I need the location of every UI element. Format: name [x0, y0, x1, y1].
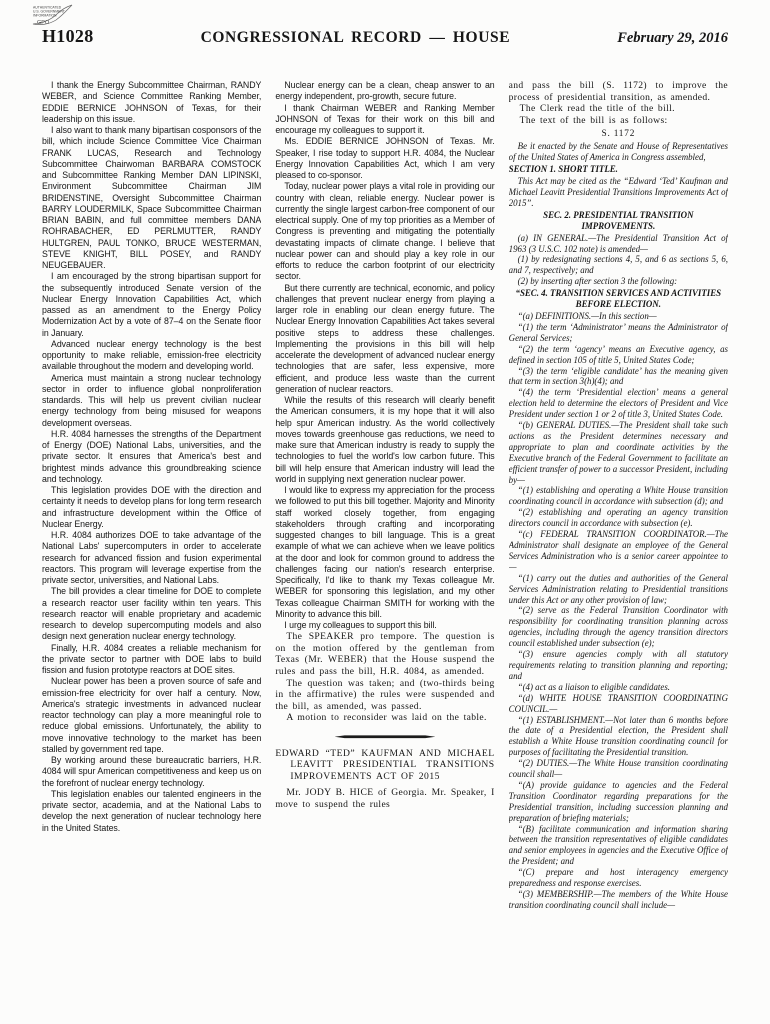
column-2: Nuclear energy can be a clean, cheap ans…	[275, 80, 494, 1018]
paragraph: I would like to express my appreciation …	[275, 485, 494, 620]
congressional-record-page: AUTHENTICATED U.S. GOVERNMENT INFORMATIO…	[0, 0, 770, 1024]
paragraph: Advanced nuclear energy technology is th…	[42, 339, 261, 373]
paragraph: “(1) ESTABLISHMENT.—Not later than 6 mon…	[509, 715, 728, 759]
paragraph: “(4) the term ‘Presidential election’ me…	[509, 387, 728, 420]
paragraph: Mr. JODY B. HICE of Georgia. Mr. Speaker…	[275, 787, 494, 810]
paragraph: (2) by inserting after section 3 the fol…	[509, 276, 728, 287]
paragraph: “(1) carry out the duties and authoritie…	[509, 573, 728, 606]
paragraph: “(1) establishing and operating a White …	[509, 485, 728, 507]
paragraph: America must maintain a strong nuclear t…	[42, 373, 261, 429]
paragraph: (1) by redesignating sections 4, 5, and …	[509, 254, 728, 276]
paragraph: Today, nuclear power plays a vital role …	[275, 181, 494, 282]
paragraph: “(2) establishing and operating an agenc…	[509, 507, 728, 529]
paragraph: (a) IN GENERAL.—The Presidential Transit…	[509, 233, 728, 255]
paragraph: “(c) FEDERAL TRANSITION COORDINATOR.—The…	[509, 529, 728, 573]
paragraph: “(2) the term ‘agency’ means an Executiv…	[509, 344, 728, 366]
paragraph: The bill provides a clear timeline for D…	[42, 586, 261, 642]
paragraph: “(a) DEFINITIONS.—In this section—	[509, 311, 728, 322]
column-1: I thank the Energy Subcommittee Chairman…	[42, 80, 261, 1018]
paragraph: This legislation provides DOE with the d…	[42, 485, 261, 530]
paragraph: The question was taken; and (two-thirds …	[275, 678, 494, 713]
paragraph: This Act may be cited as the “Edward ‘Te…	[509, 176, 728, 209]
paragraph: By working around these bureaucratic bar…	[42, 755, 261, 789]
paragraph: Nuclear energy can be a clean, cheap ans…	[275, 80, 494, 103]
paragraph: “(b) GENERAL DUTIES.—The President shall…	[509, 420, 728, 485]
paragraph: Finally, H.R. 4084 creates a reliable me…	[42, 643, 261, 677]
bill-section-heading: SEC. 2. PRESIDENTIAL TRANSITION IMPROVEM…	[509, 210, 728, 232]
bill-section-heading: “SEC. 4. TRANSITION SERVICES AND ACTIVIT…	[509, 288, 728, 310]
paragraph: “(1) the term ‘Administrator’ means the …	[509, 322, 728, 344]
record-title: CONGRESSIONAL RECORD — HOUSE	[201, 29, 511, 47]
section-divider	[335, 735, 436, 739]
paragraph: Nuclear power has been a proven source o…	[42, 676, 261, 755]
paragraph: But there currently are technical, econo…	[275, 283, 494, 396]
article-heading: EDWARD “TED” KAUFMAN AND MICHAEL LEAVITT…	[275, 748, 494, 783]
paragraph: H.R. 4084 harnesses the strengths of the…	[42, 429, 261, 485]
text-columns: I thank the Energy Subcommittee Chairman…	[42, 80, 728, 1018]
paragraph: “(B) facilitate communication and inform…	[509, 824, 728, 868]
paragraph: I also want to thank many bipartisan cos…	[42, 125, 261, 271]
page-number: H1028	[42, 26, 94, 47]
paragraph: “(2) DUTIES.—The White House transition …	[509, 758, 728, 780]
paragraph: “(3) MEMBERSHIP.—The members of the Whit…	[509, 889, 728, 911]
paragraph: H.R. 4084 authorizes DOE to take advanta…	[42, 530, 261, 586]
masthead: H1028 CONGRESSIONAL RECORD — HOUSE Febru…	[42, 26, 728, 47]
paragraph: A motion to reconsider was laid on the t…	[275, 712, 494, 724]
column-3: and pass the bill (S. 1172) to improve t…	[509, 80, 728, 1018]
paragraph: “(C) prepare and host interagency emerge…	[509, 867, 728, 889]
bill-section-heading: SECTION 1. SHORT TITLE.	[509, 164, 728, 175]
paragraph: “(A) provide guidance to agencies and th…	[509, 780, 728, 824]
paragraph: While the results of this research will …	[275, 395, 494, 485]
paragraph: The Clerk read the title of the bill.	[509, 103, 728, 115]
paragraph: and pass the bill (S. 1172) to improve t…	[509, 80, 728, 103]
paragraph: Be it enacted by the Senate and House of…	[509, 141, 728, 163]
paragraph: Ms. EDDIE BERNICE JOHNSON of Texas. Mr. …	[275, 136, 494, 181]
paragraph: I am encouraged by the strong bipartisan…	[42, 271, 261, 339]
record-date: February 29, 2016	[617, 30, 728, 47]
bill-number-heading: S. 1172	[509, 128, 728, 140]
paragraph: “(4) act as a liaison to eligible candid…	[509, 682, 728, 693]
paragraph: I thank Chairman WEBER and Ranking Membe…	[275, 103, 494, 137]
paragraph: I urge my colleagues to support this bil…	[275, 620, 494, 631]
paragraph: “(3) ensure agencies comply with all sta…	[509, 649, 728, 682]
paragraph: I thank the Energy Subcommittee Chairman…	[42, 80, 261, 125]
paragraph: The text of the bill is as follows:	[509, 115, 728, 127]
paragraph: “(d) WHITE HOUSE TRANSITION COORDINATING…	[509, 693, 728, 715]
paragraph: This legislation enables our talented en…	[42, 789, 261, 834]
seal-line3: INFORMATION	[33, 14, 57, 18]
paragraph: The SPEAKER pro tempore. The question is…	[275, 631, 494, 677]
paragraph: “(2) serve as the Federal Transition Coo…	[509, 605, 728, 649]
paragraph: “(3) the term ‘eligible candidate’ has t…	[509, 366, 728, 388]
